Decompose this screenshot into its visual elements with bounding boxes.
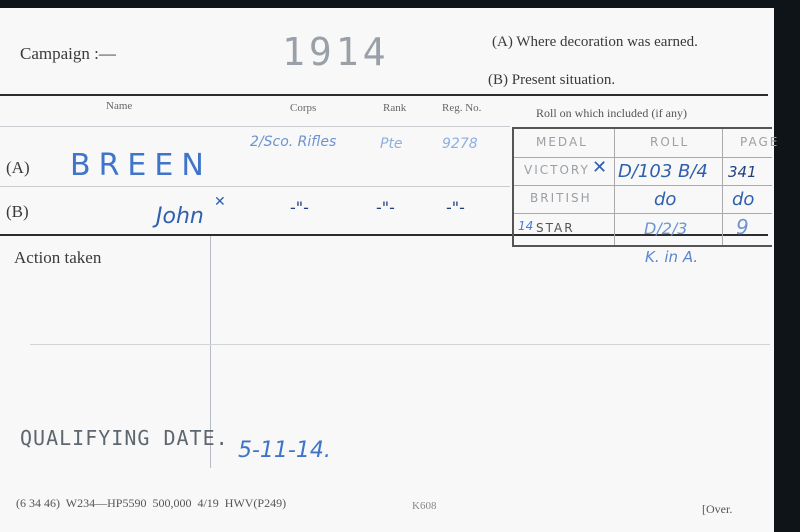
row-divider-middle — [0, 186, 510, 187]
campaign-label: Campaign :— — [20, 44, 116, 64]
reg-no-value: 9278 — [442, 136, 478, 152]
cross-mark: ✕ — [214, 194, 226, 210]
print-code: (6 34 46) W234—HP5590 500,000 4/19 HWV(P… — [16, 496, 286, 511]
reg-no-ditto: -"- — [446, 198, 465, 217]
note-present-situation: (B) Present situation. — [488, 72, 615, 89]
qualifying-date-value: 5-11-14. — [238, 438, 331, 463]
medal-victory: VICTORY — [524, 163, 590, 177]
row-b-label: (B) — [6, 202, 29, 222]
corps-ditto: -"- — [290, 198, 309, 217]
column-name: Name — [106, 100, 132, 112]
british-page: do — [732, 189, 754, 210]
victory-roll: D/103 B/4 — [618, 161, 708, 182]
roll-divider-2 — [514, 185, 772, 186]
victory-cross-mark: ✕ — [592, 157, 607, 178]
rank-value: Pte — [380, 136, 403, 152]
victory-page: 341 — [728, 163, 757, 181]
campaign-year-stamp: 1914 — [282, 30, 390, 74]
surname: BREEN — [70, 148, 212, 183]
roll-table: MEDAL ROLL PAGE VICTORY ✕ D/103 B/4 341 … — [512, 127, 772, 247]
column-roll-header: Roll on which included (if any) — [536, 106, 687, 121]
roll-header-roll: ROLL — [650, 135, 689, 149]
over-note: [Over. — [702, 502, 732, 517]
corps-value: 2/Sco. Rifles — [250, 134, 336, 150]
roll-header-page: PAGE — [740, 135, 779, 149]
forename: John — [156, 204, 204, 229]
action-taken-label: Action taken — [14, 248, 101, 268]
column-reg-no: Reg. No. — [442, 102, 481, 114]
medal-star: STAR — [536, 221, 575, 235]
row-divider-top — [0, 126, 510, 127]
header-divider — [0, 94, 768, 96]
column-corps: Corps — [290, 102, 316, 114]
action-guide-line — [30, 344, 770, 345]
row-a-label: (A) — [6, 158, 30, 178]
form-code: K608 — [412, 500, 436, 512]
star-page: 9 — [736, 215, 749, 239]
medal-british: BRITISH — [530, 191, 592, 205]
roll-divider-3 — [514, 213, 772, 214]
roll-header-medal: MEDAL — [536, 135, 588, 149]
roll-col-divider-1 — [614, 129, 615, 245]
star-roll: D/2/3 — [644, 219, 687, 238]
star-prefix: 14 — [518, 219, 533, 233]
roll-col-divider-2 — [722, 129, 723, 245]
rank-ditto: -"- — [376, 198, 395, 217]
note-where-earned: (A) Where decoration was earned. — [492, 34, 698, 51]
medal-index-card: Campaign :— 1914 (A) Where decoration wa… — [0, 8, 774, 532]
column-rank: Rank — [383, 102, 406, 114]
roll-divider-1 — [514, 157, 772, 158]
qualifying-date-stamp: QUALIFYING DATE. — [20, 426, 229, 450]
british-roll: do — [654, 189, 676, 210]
killed-in-action-remark: K. in A. — [645, 248, 698, 266]
